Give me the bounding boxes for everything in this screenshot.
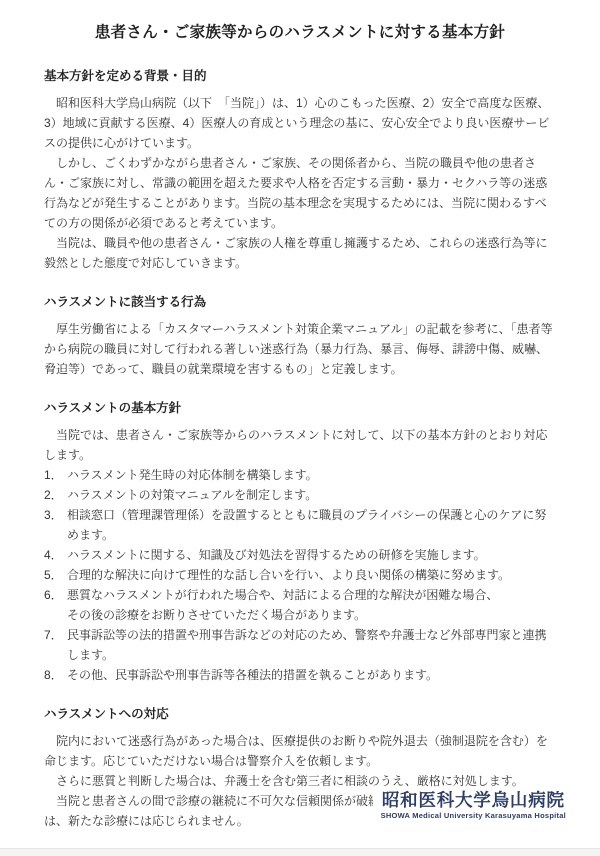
item-text: 悪質なハラスメントが行われた場合や、対話による合理的な解決が困難な場合、その後の…: [67, 585, 556, 625]
hospital-logo: 昭和医科大学烏山病院 SHOWA Medical University Kara…: [373, 789, 566, 822]
background-paragraph-3: 当院は、職員や他の患者さん・ご家族の人権を尊重し擁護するため、これらの迷惑行為等…: [44, 233, 556, 273]
background-paragraph-1: 昭和医科大学烏山病院（以下 「当院」）は、1）心のこもった医療、2）安全で高度な…: [44, 93, 556, 153]
item-number: 1．: [44, 465, 67, 485]
item-text-line2: その後の診療をお断りさせていただく場合があります。: [67, 605, 556, 625]
list-item: 4． ハラスメントに関する、知識及び対処法を習得するための研修を実施します。: [44, 545, 556, 565]
response-paragraph-2: さらに悪質と判断した場合は、弁護士を含む第三者に相談のうえ、厳格に対処します。: [44, 771, 556, 791]
policy-intro: 当院では、患者さん・ご家族等からのハラスメントに対して、以下の基本方針のとおり対…: [44, 425, 556, 465]
list-item: 8． その他、民事訴訟や刑事告訴等各種法的措置を執ることがあります。: [44, 665, 556, 685]
section-policy-heading: ハラスメントの基本方針: [44, 400, 556, 417]
section-definition: ハラスメントに該当する行為 厚生労働省による「カスタマーハラスメント対策企業マニ…: [44, 294, 556, 379]
list-item: 2． ハラスメントの対策マニュアルを制定します。: [44, 485, 556, 505]
item-number: 7．: [44, 625, 67, 665]
item-text: 民事訴訟等の法的措置や刑事告訴などの対応のため、警察や弁護士など外部専門家と連携…: [67, 625, 556, 665]
section-background: 基本方針を定める背景・目的 昭和医科大学烏山病院（以下 「当院」）は、1）心のこ…: [44, 68, 556, 273]
list-item: 1． ハラスメント発生時の対応体制を構築します。: [44, 465, 556, 485]
item-text: ハラスメントの対策マニュアルを制定します。: [67, 485, 556, 505]
list-item: 7． 民事訴訟等の法的措置や刑事告訴などの対応のため、警察や弁護士など外部専門家…: [44, 625, 556, 665]
item-text: 合理的な解決に向けて理性的な話し合いを行い、より良い関係の構築に努めます。: [67, 565, 556, 585]
item-number: 5．: [44, 565, 67, 585]
definition-paragraph-1: 厚生労働省による「カスタマーハラスメント対策企業マニュアル」の記載を参考に、「患…: [44, 319, 556, 379]
section-policy: ハラスメントの基本方針 当院では、患者さん・ご家族等からのハラスメントに対して、…: [44, 400, 556, 685]
page-bottom-edge: [0, 848, 600, 856]
list-item: 3． 相談窓口（管理課管理係）を設置するとともに職員のプライバシーの保護と心のケ…: [44, 505, 556, 545]
document-page: 患者さん・ご家族等からのハラスメントに対する基本方針 基本方針を定める背景・目的…: [0, 0, 600, 856]
document-title: 患者さん・ご家族等からのハラスメントに対する基本方針: [44, 22, 556, 44]
item-number: 6．: [44, 585, 67, 625]
hospital-logo-japanese: 昭和医科大学烏山病院: [381, 790, 566, 810]
policy-list: 1． ハラスメント発生時の対応体制を構築します。 2． ハラスメントの対策マニュ…: [44, 465, 556, 685]
item-number: 8．: [44, 665, 67, 685]
section-definition-heading: ハラスメントに該当する行為: [44, 294, 556, 311]
response-paragraph-1: 院内において迷惑行為があった場合は、医療提供のお断りや院外退去（強制退院を含む）…: [44, 731, 556, 771]
background-paragraph-2: しかし、ごくわずかながら患者さん・ご家族、その関係者から、当院の職員や他の患者さ…: [44, 153, 556, 233]
list-item: 5． 合理的な解決に向けて理性的な話し合いを行い、より良い関係の構築に努めます。: [44, 565, 556, 585]
item-text: 相談窓口（管理課管理係）を設置するとともに職員のプライバシーの保護と心のケアに努…: [67, 505, 556, 545]
item-text: ハラスメント発生時の対応体制を構築します。: [67, 465, 556, 485]
list-item: 6． 悪質なハラスメントが行われた場合や、対話による合理的な解決が困難な場合、そ…: [44, 585, 556, 625]
item-number: 2．: [44, 485, 67, 505]
item-text-line1: 悪質なハラスメントが行われた場合や、対話による合理的な解決が困難な場合、: [67, 588, 498, 602]
item-text: その他、民事訴訟や刑事告訴等各種法的措置を執ることがあります。: [67, 665, 556, 685]
section-background-heading: 基本方針を定める背景・目的: [44, 68, 556, 85]
hospital-logo-english: SHOWA Medical University Karasuyama Hosp…: [381, 811, 566, 820]
section-response-heading: ハラスメントへの対応: [44, 706, 556, 723]
item-number: 4．: [44, 545, 67, 565]
item-number: 3．: [44, 505, 67, 545]
item-text: ハラスメントに関する、知識及び対処法を習得するための研修を実施します。: [67, 545, 556, 565]
